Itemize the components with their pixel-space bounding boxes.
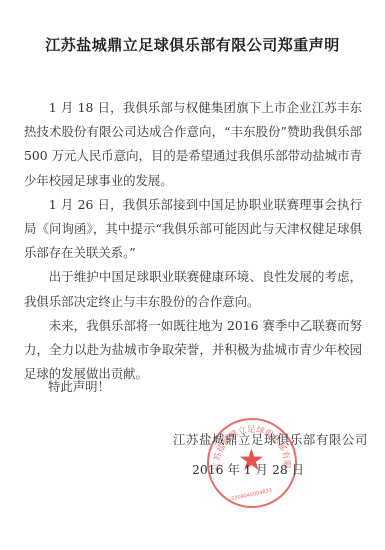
paragraph-2: 1 月 26 日，我俱乐部接到中国足协职业联赛理事会执行局《问询函》，其中提示“… <box>24 193 362 266</box>
paragraph-3: 出于维护中国足球职业联赛健康环境、良性发展的考虑，我俱乐部决定终止与丰东股份的合… <box>24 265 362 313</box>
paragraph-4: 未来，我俱乐部将一如既往地为 2016 赛季中乙联赛而努力，全力以赴为盐城市争取… <box>24 314 362 387</box>
paragraph-1: 1 月 18 日，我俱乐部与权健集团旗下上市企业江苏丰东热技术股份有限公司达成合… <box>24 96 362 193</box>
closing-statement: 特此声明！ <box>48 377 110 395</box>
signature-organization: 江苏盐城鼎立足球俱乐部有限公司 <box>173 430 368 448</box>
document-title: 江苏盐城鼎立足球俱乐部有限公司郑重声明 <box>0 34 385 55</box>
signature-date: 2016 年 1 月 28 日 <box>192 460 304 478</box>
document-body: 1 月 18 日，我俱乐部与权健集团旗下上市企业江苏丰东热技术股份有限公司达成合… <box>24 96 362 386</box>
